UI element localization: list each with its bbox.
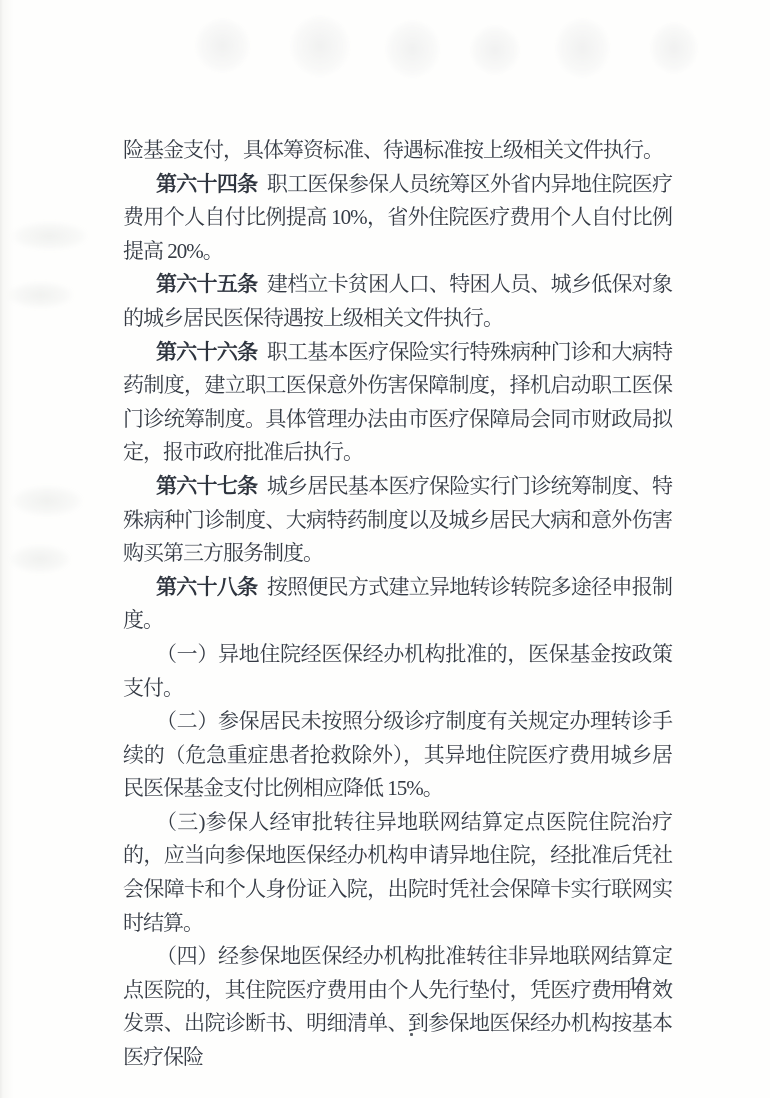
scan-smudge: [12, 222, 87, 250]
document-body: 险基金支付，具体筹资标准、待遇标准按上级相关文件执行。第六十四条职工医保参保人员…: [123, 134, 672, 1075]
article-paragraph: 第六十七条城乡居民基本医疗保险实行门诊统筹制度、特殊病种门诊制度、大病特药制度以…: [123, 470, 672, 571]
paragraph: 险基金支付，具体筹资标准、待遇标准按上级相关文件执行。: [123, 134, 672, 168]
article-paragraph: 第六十四条职工医保参保人员统筹区外省内异地住院医疗费用个人自付比例提高 10%，…: [123, 168, 672, 269]
paragraph: （二）参保居民未按照分级诊疗制度有关规定办理转诊手续的（危急重症患者抢救除外），…: [123, 705, 672, 806]
paragraph: （一）异地住院经医保经办机构批准的，医保基金按政策支付。: [123, 638, 672, 705]
article-number: 第六十四条: [156, 172, 257, 196]
scan-ghost-mark: [650, 22, 698, 74]
page-number: – 19 –: [604, 973, 674, 996]
article-number: 第六十八条: [156, 575, 257, 599]
paragraph: （三)参保人经审批转往异地联网结算定点医院住院治疗的，应当向参保地医保经办机构申…: [123, 806, 672, 940]
article-paragraph: 第六十五条建档立卡贫困人口、特困人员、城乡低保对象的城乡居民医保待遇按上级相关文…: [123, 268, 672, 335]
article-paragraph: 第六十八条按照便民方式建立异地转诊转院多途径申报制度。: [123, 571, 672, 638]
scan-smudge: [8, 282, 73, 308]
scan-smudge: [10, 545, 70, 573]
scan-smudge: [12, 486, 82, 516]
article-number: 第六十六条: [156, 340, 257, 364]
scan-ghost-mark: [290, 15, 350, 77]
scan-ghost-mark: [385, 20, 440, 78]
article-paragraph: 第六十六条职工基本医疗保险实行特殊病种门诊和大病特药制度，建立职工医保意外伤害保…: [123, 336, 672, 470]
scan-ghost-mark: [555, 18, 610, 78]
paragraph: （四）经参保地医保经办机构批准转往非异地联网结算定点医院的，其住院医疗费用由个人…: [123, 940, 672, 1074]
article-number: 第六十五条: [156, 272, 257, 296]
scan-ghost-mark: [470, 25, 520, 75]
scan-ghost-mark: [195, 18, 250, 73]
document-page: 险基金支付，具体筹资标准、待遇标准按上级相关文件执行。第六十四条职工医保参保人员…: [0, 0, 770, 1098]
article-number: 第六十七条: [156, 474, 257, 498]
